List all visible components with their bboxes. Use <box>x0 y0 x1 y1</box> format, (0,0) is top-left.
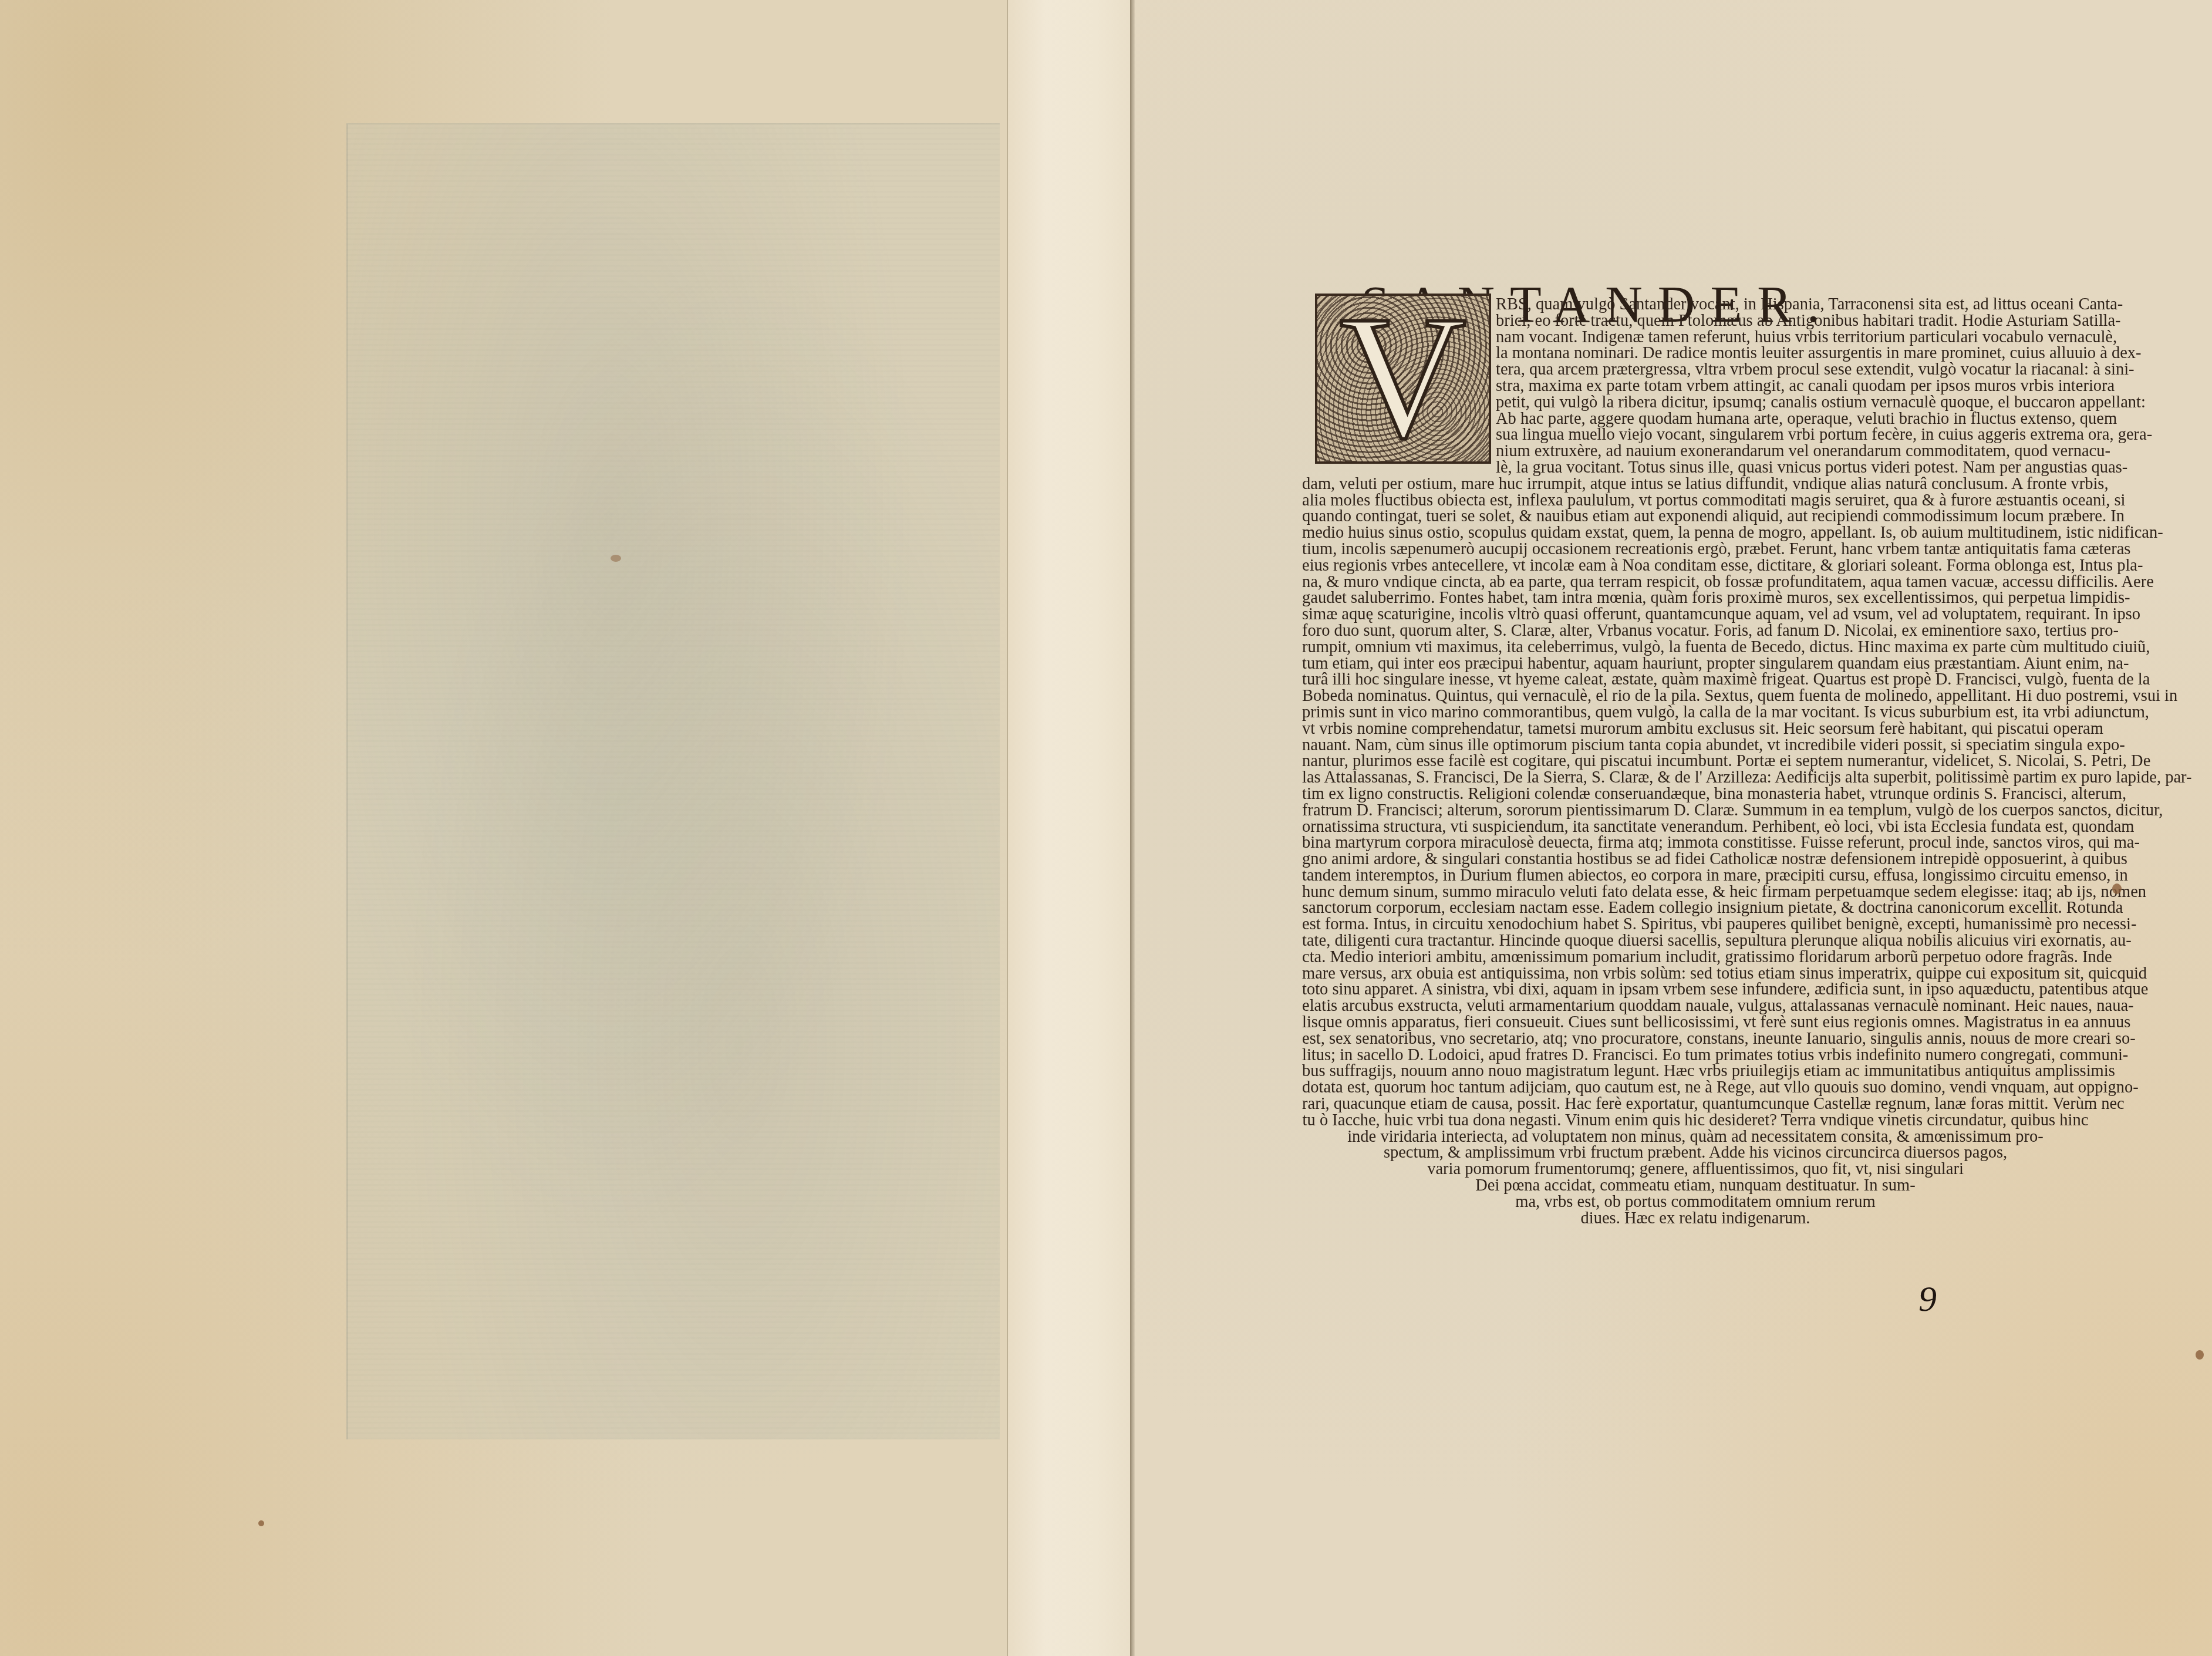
text-line: dotata est, quorum hoc tantum adijciam, … <box>1302 1080 2089 1096</box>
text-line: Ab hac parte, aggere quodam humana arte,… <box>1302 411 2089 427</box>
text-line: est forma. Intus, in circuitu xenodochiu… <box>1302 916 2089 933</box>
text-line: petit, qui vulgò la ribera dicitur, ipsu… <box>1302 394 2089 411</box>
page-number: 9 <box>1918 1279 1937 1320</box>
text-line: nauant. Nam, cùm sinus ille optimorum pi… <box>1302 737 2089 754</box>
text-line: hunc demum sinum, summo miraculo veluti … <box>1302 884 2089 900</box>
text-line: nantur, plurimos esse facilè est cogitar… <box>1302 753 2089 770</box>
foxing-spot <box>2196 1350 2204 1360</box>
foxing-spot <box>2112 883 2122 894</box>
text-line: lè, la grua vocitant. Totus sinus ille, … <box>1302 460 2089 476</box>
text-line: medio huius sinus ostio, scopulus quidam… <box>1302 525 2089 541</box>
text-line: mare versus, arx obuia est antiquissima,… <box>1302 966 2089 982</box>
text-line: bus suffragijs, nouum anno nouo magistra… <box>1302 1063 2089 1080</box>
text-line: rari, quacunque etiam de causa, possit. … <box>1302 1096 2089 1112</box>
text-line: simæ aquę scaturigine, incolis vltrò qua… <box>1302 606 2089 623</box>
torn-edge <box>1130 0 1135 1656</box>
text-line: vt vrbis nomine comprehendatur, tametsi … <box>1302 721 2089 737</box>
foxing-spot <box>258 1520 264 1526</box>
text-line: litus; in sacello D. Lodoici, apud fratr… <box>1302 1047 2089 1064</box>
text-line: elatis arcubus exstructa, veluti armamen… <box>1302 998 2089 1014</box>
text-line: tandem interemptos, in Durium flumen abi… <box>1302 868 2089 884</box>
text-line: na, & muro vndique cincta, ab ea parte, … <box>1302 574 2089 591</box>
text-line: la montana nominari. De radice montis le… <box>1302 345 2089 362</box>
text-line: tim ex ligno constructis. Religioni cole… <box>1302 786 2089 802</box>
map-show-through <box>346 123 1000 1439</box>
body-text: RBS, quam vulgò Santander vocant, in His… <box>1302 296 2089 1226</box>
text-line: cta. Medio interiori ambitu, amœnissimum… <box>1302 949 2089 966</box>
text-line: nium extruxère, ad nauium exonerandarum … <box>1302 443 2089 460</box>
text-line: nam vocant. Indigenæ tamen referunt, hui… <box>1302 329 2089 346</box>
text-line: stra, maxima ex parte totam vrbem atting… <box>1302 378 2089 394</box>
text-line: sanctorum corporum, ecclesiam nactam ess… <box>1302 900 2089 916</box>
text-line: alia moles fluctibus obiecta est, inflex… <box>1302 493 2089 509</box>
text-line: tium, incolis sæpenumerò aucupij occasio… <box>1302 541 2089 558</box>
text-line: fratrum D. Francisci; alterum, sororum p… <box>1302 802 2089 819</box>
text-line: varia pomorum frumentorumq; genere, affl… <box>1302 1161 2089 1178</box>
text-line: rumpit, omnium vti maximus, ita celeberr… <box>1302 639 2089 656</box>
text-line: primis sunt in vico marino commorantibus… <box>1302 704 2089 721</box>
text-line: las Attalassanas, S. Francisci, De la Si… <box>1302 770 2089 786</box>
text-line: ma, vrbs est, ob portus commoditatem omn… <box>1302 1194 2089 1210</box>
text-line: sua lingua muello viejo vocant, singular… <box>1302 427 2089 443</box>
text-line: ornatissima structura, vti suspiciendum,… <box>1302 819 2089 835</box>
text-line: gno animi ardore, & singulari constantia… <box>1302 851 2089 868</box>
text-line: tera, qua arcem prætergressa, vltra vrbe… <box>1302 362 2089 378</box>
text-line: turâ illi hoc singulare inesse, vt hyeme… <box>1302 672 2089 688</box>
text-line: toto sinu apparet. A sinistra, vbi dixi,… <box>1302 982 2089 998</box>
left-page-verso <box>0 0 1010 1656</box>
text-line: tum etiam, qui inter eos præcipui habent… <box>1302 656 2089 672</box>
text-line: quando contingat, tueri se solet, & naui… <box>1302 508 2089 525</box>
text-line: foro duo sunt, quorum alter, S. Claræ, a… <box>1302 623 2089 639</box>
text-line: Bobeda nominatus. Quintus, qui vernaculè… <box>1302 688 2089 704</box>
text-line: dam, veluti per ostium, mare huc irrumpi… <box>1302 476 2089 493</box>
text-line: eius regionis vrbes antecellere, vt inco… <box>1302 558 2089 574</box>
text-line: est, sex senatoribus, vno secretario, at… <box>1302 1031 2089 1047</box>
text-line: bina martyrum corpora miraculosè deuecta… <box>1302 835 2089 851</box>
text-line: tu ò Iacche, huic vrbi tua dona negasti.… <box>1302 1112 2089 1129</box>
text-line: tate, diligenti cura tractantur. Hincind… <box>1302 933 2089 949</box>
binding-guard-strip <box>1007 0 1134 1656</box>
text-line: lisque omnis apparatus, fieri consueuit.… <box>1302 1014 2089 1031</box>
foxing-spot <box>611 555 621 562</box>
text-line: Dei pœna accidat, commeatu etiam, nunqua… <box>1302 1178 2089 1194</box>
text-line: brici, eo fortè tractu, quem Ptolomæus a… <box>1302 313 2089 329</box>
text-line: diues. Hæc ex relatu indigenarum. <box>1302 1210 2089 1227</box>
text-line: inde viridaria interiecta, ad voluptatem… <box>1302 1129 2089 1145</box>
text-line: spectum, & amplissimum vrbi fructum præb… <box>1302 1145 2089 1161</box>
text-line: RBS, quam vulgò Santander vocant, in His… <box>1302 296 2089 313</box>
text-line: gaudet saluberrimo. Fontes habet, tam in… <box>1302 590 2089 606</box>
